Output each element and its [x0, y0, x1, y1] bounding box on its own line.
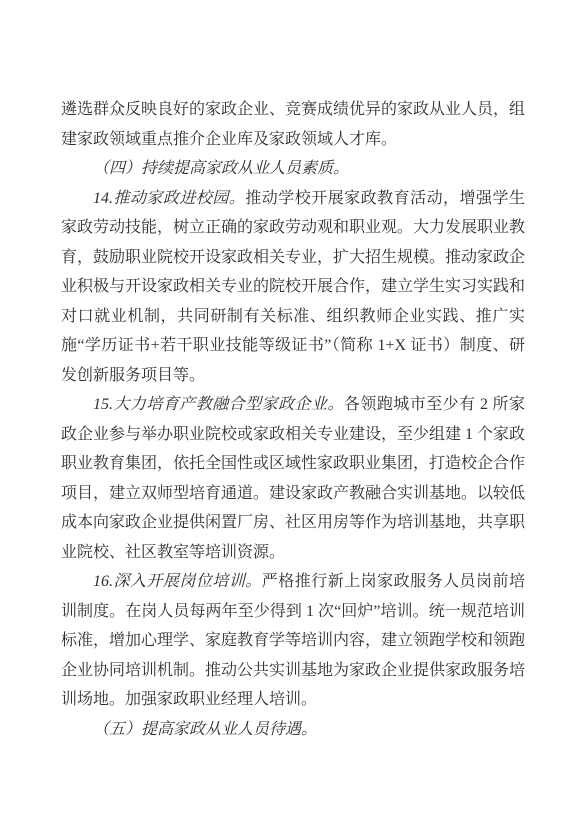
item-16-lead: 16.深入开展岗位培训。 [93, 573, 262, 590]
continuation-paragraph: 遴选群众反映良好的家政企业、竞赛成绩优异的家政从业人员，组建家政领域重点推介企业… [61, 95, 525, 154]
document-text-column: 遴选群众反映良好的家政企业、竞赛成绩优异的家政从业人员，组建家政领域重点推介企业… [61, 95, 525, 744]
paragraph-item-15: 15.大力培育产教融合型家政企业。各领跑城市至少有 2 所家政企业参与举办职业院… [61, 390, 525, 567]
paragraph-item-14: 14.推动家政进校园。推动学校开展家政教育活动，增强学生家政劳动技能，树立正确的… [61, 184, 525, 391]
item-14-lead: 14.推动家政进校园。 [93, 190, 245, 207]
paragraph-item-16: 16.深入开展岗位培训。严格推行新上岗家政服务人员岗前培训制度。在岗人员每两年至… [61, 567, 525, 715]
item-15-body: 各领跑城市至少有 2 所家政企业参与举办职业院校或家政相关专业建设，至少组建 1… [61, 396, 525, 561]
document-page: 遴选群众反映良好的家政企业、竞赛成绩优异的家政从业人员，组建家政领域重点推介企业… [0, 0, 584, 819]
section-heading-5: （五）提高家政从业人员待遇。 [61, 715, 525, 745]
item-16-body: 严格推行新上岗家政服务人员岗前培训制度。在岗人员每两年至少得到 1 次“回炉”培… [61, 573, 525, 708]
item-15-lead: 15.大力培育产教融合型家政企业。 [93, 396, 344, 413]
section-heading-4: （四）持续提高家政从业人员素质。 [61, 154, 525, 184]
item-14-body: 推动学校开展家政教育活动，增强学生家政劳动技能，树立正确的家政劳动观和职业观。大… [61, 190, 525, 384]
